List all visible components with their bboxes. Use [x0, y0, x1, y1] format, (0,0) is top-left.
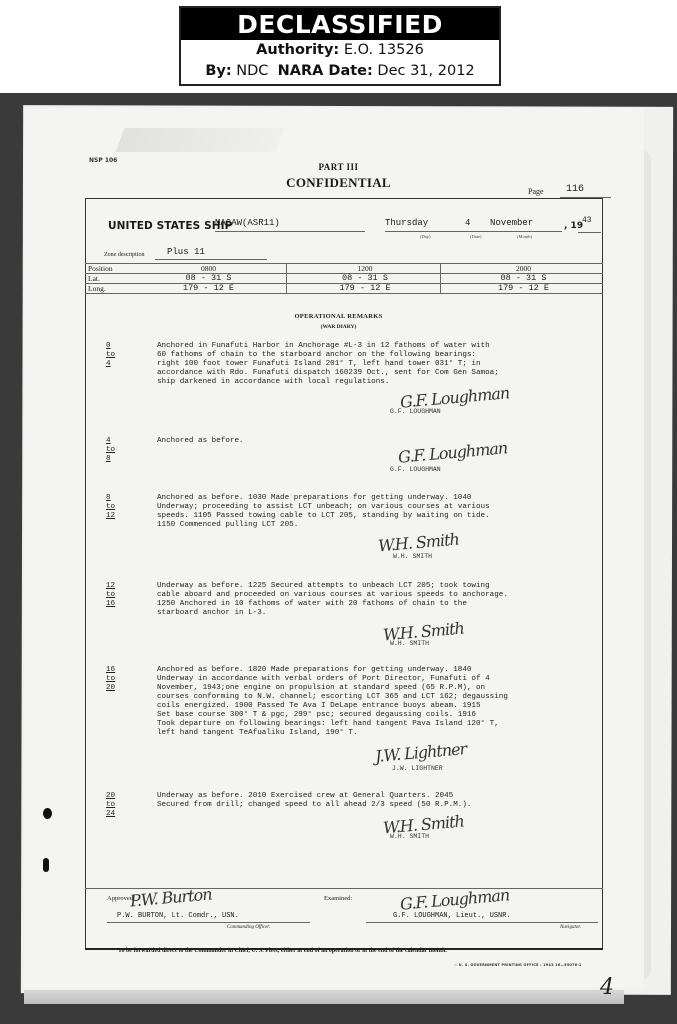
- ship-label: UNITED STATES SHIP: [108, 220, 232, 232]
- long-label: Long.: [85, 284, 128, 294]
- watch-text: Anchored in Funafuti Harbor in Anchorage…: [157, 342, 557, 387]
- date-caption: (Date): [470, 234, 482, 239]
- page-label: Page: [528, 187, 544, 196]
- time-1200: 1200: [287, 264, 441, 274]
- punch-hole-icon: [43, 808, 52, 819]
- watch-time: 0 to 4: [106, 342, 115, 369]
- year-underline: [578, 232, 601, 233]
- watch-time: 8 to 12: [106, 494, 115, 521]
- time-2000: 2000: [441, 264, 604, 274]
- year-field: 43: [582, 216, 592, 225]
- long-0800: 179 - 12 E: [128, 284, 287, 294]
- page-bottom-shadow: [24, 990, 624, 1004]
- punch-hole-icon: [43, 858, 49, 872]
- date-field: 4: [465, 218, 490, 232]
- signature-name: W.H. SMITH: [390, 640, 429, 647]
- navigator-line: [366, 922, 598, 923]
- lat-2000: 08 - 31 S: [441, 274, 604, 284]
- zone-field: Plus 11: [155, 247, 267, 260]
- day-field: Thursday: [385, 218, 465, 232]
- watch-time: 20 to 24: [106, 792, 115, 819]
- month-field: November: [490, 218, 562, 232]
- printing-office-imprint: ☆ U. S. GOVERNMENT PRINTING OFFICE : 194…: [454, 963, 582, 967]
- time-0800: 0800: [128, 264, 287, 274]
- remarks-subtitle: (WAR DIARY): [0, 324, 677, 330]
- position-table: Position 0800 1200 2000 Lat. 08 - 31 S 0…: [85, 263, 603, 294]
- remarks-title: OPERATIONAL REMARKS: [0, 313, 677, 320]
- signature-name: G.F. LOUGHMAN: [390, 466, 441, 473]
- form-border: [85, 198, 603, 950]
- long-1200: 179 - 12 E: [287, 284, 441, 294]
- signature-name: J.W. LIGHTNER: [392, 765, 443, 772]
- navigator-title: Navigator.: [560, 925, 581, 930]
- fold-shadow: [116, 128, 285, 152]
- examined-label: Examined:: [324, 895, 352, 902]
- signature-name: W.H. SMITH: [393, 553, 432, 560]
- forwarding-instruction: To be forwarded direct to the Commander …: [118, 948, 447, 954]
- commanding-officer-title: Commanding Officer.: [227, 925, 270, 930]
- long-2000: 179 - 12 E: [441, 284, 604, 294]
- latitude-row: Lat. 08 - 31 S 08 - 31 S 08 - 31 S: [85, 274, 603, 284]
- signature-name: G.F. LOUGHMAN: [390, 408, 441, 415]
- commanding-officer-line: [107, 922, 310, 923]
- navigator-name: G.F. LOUGHMAN, Lieut., USNR.: [393, 912, 511, 920]
- lat-label: Lat.: [85, 274, 128, 284]
- watch-text: Anchored as before. 1820 Made preparatio…: [157, 666, 557, 738]
- watch-text: Anchored as before. 1030 Made preparatio…: [157, 494, 557, 530]
- watch-time: 4 to 8: [106, 437, 115, 464]
- stamp-authority: Authority: E.O. 13526: [181, 40, 499, 61]
- commanding-officer-name: P.W. BURTON, Lt. Comdr., USN.: [117, 912, 239, 920]
- signature-name: W.H. SMITH: [390, 833, 429, 840]
- day-caption: (Day): [420, 234, 431, 239]
- lat-1200: 08 - 31 S: [287, 274, 441, 284]
- page-number: 116: [560, 184, 611, 198]
- handwritten-page-mark: 4: [600, 975, 614, 1000]
- watch-time: 12 to 16: [106, 582, 115, 609]
- position-header-row: Position 0800 1200 2000: [85, 264, 603, 274]
- stamp-by-date: By: NDC NARA Date: Dec 31, 2012: [181, 61, 499, 82]
- stamp-title: DECLASSIFIED: [181, 8, 499, 40]
- month-caption: (Month): [517, 234, 532, 239]
- watch-time: 16 to 20: [106, 666, 115, 693]
- year-prefix: , 19: [564, 221, 583, 231]
- lat-0800: 08 - 31 S: [128, 274, 287, 284]
- watch-text: Underway as before. 1225 Secured attempt…: [157, 582, 557, 618]
- watch-text: Underway as before. 2010 Exercised crew …: [157, 792, 557, 810]
- ship-name-field: MACAW(ASR11): [215, 218, 365, 232]
- declassified-stamp: DECLASSIFIED Authority: E.O. 13526 By: N…: [179, 6, 501, 86]
- zone-label: Zone description: [104, 252, 145, 258]
- part-heading: PART III: [0, 162, 677, 172]
- longitude-row: Long. 179 - 12 E 179 - 12 E 179 - 12 E: [85, 284, 603, 294]
- position-label: Position: [85, 264, 128, 274]
